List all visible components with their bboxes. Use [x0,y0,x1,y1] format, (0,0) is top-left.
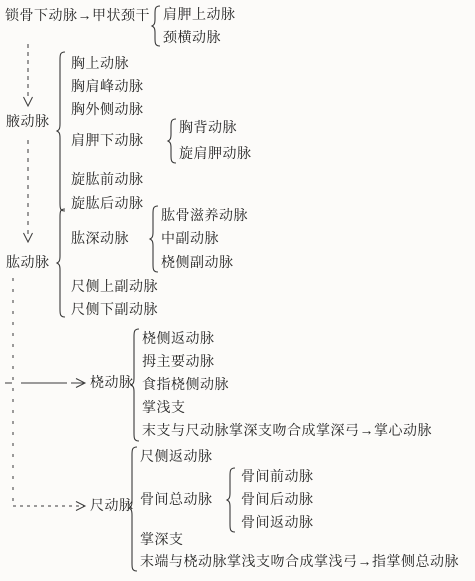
node-radial-recurrent-artery: 桡侧返动脉 [142,331,215,348]
trunk-row: 锁骨下动脉 → 甲状颈干 [5,8,150,25]
brace-interosseous [227,468,235,532]
node-humeral-nutrient-artery: 肱骨滋养动脉 [161,208,248,225]
arrow-down-icon [24,233,33,242]
node-ulnar-artery: 尺动脉 [90,498,134,515]
artery-tree-diagram: 锁骨下动脉 → 甲状颈干 肩胛上动脉 颈横动脉 腋动脉 胸上动脉 胸肩峰动脉 胸… [0,0,475,581]
node-anterior-humeral-circumflex-artery: 旋肱前动脉 [71,172,144,189]
node-thyrocervical-trunk: 甲状颈干 [92,8,150,25]
node-transverse-cervical-artery: 颈横动脉 [163,30,221,47]
node-superficial-palmar-branch: 掌浅支 [142,400,186,417]
node-recurrent-interosseous-artery: 骨间返动脉 [241,515,314,532]
node-posterior-humeral-circumflex-artery: 旋肱后动脉 [71,196,144,213]
node-radial-collateral-artery: 桡侧副动脉 [161,255,234,272]
node-thoracodorsal-artery: 胸背动脉 [179,120,237,137]
node-superior-ulnar-collateral-artery: 尺侧上副动脉 [71,279,158,296]
node-ulnar-terminal-anastomosis: 末端与桡动脉掌浅支吻合成掌浅弓→指掌侧总动脉 [140,554,459,571]
node-brachial-artery: 肱动脉 [6,255,50,272]
node-deep-brachial-artery: 肱深动脉 [71,231,129,248]
node-radial-artery: 桡动脉 [90,375,134,392]
node-middle-collateral-artery: 中副动脉 [161,231,219,248]
brace-thyrocervical [152,6,160,46]
brace-deep-brachial [150,206,158,272]
brace-axillary [57,52,65,211]
node-axillary-artery: 腋动脉 [6,114,50,131]
node-subclavian-artery: 锁骨下动脉 [5,8,78,25]
node-suprascapular-artery: 肩胛上动脉 [163,7,236,24]
flow-arrow-icon: → [78,8,93,25]
brace-brachial [57,209,65,317]
node-inferior-ulnar-collateral-artery: 尺侧下副动脉 [71,302,158,319]
node-posterior-interosseous-artery: 骨间后动脉 [241,492,314,509]
arrow-down-icon [24,97,33,106]
node-radialis-indicis-artery: 食指桡侧动脉 [142,377,229,394]
node-princeps-pollicis-artery: 拇主要动脉 [142,354,215,371]
node-subscapular-artery: 肩胛下动脉 [71,133,144,150]
node-thoracoacromial-artery: 胸肩峰动脉 [71,79,144,96]
brace-subscapular [168,119,176,163]
node-superior-thoracic-artery: 胸上动脉 [71,56,129,73]
node-circumflex-scapular-artery: 旋肩胛动脉 [179,146,252,163]
node-ulnar-recurrent-artery: 尺侧返动脉 [140,449,213,466]
node-common-interosseous-artery: 骨间总动脉 [140,492,213,509]
node-radial-terminal-anastomosis: 末支与尺动脉掌深支吻合成掌深弓→掌心动脉 [142,423,432,440]
node-lateral-thoracic-artery: 胸外侧动脉 [71,102,144,119]
node-anterior-interosseous-artery: 骨间前动脉 [241,469,314,486]
node-deep-palmar-branch: 掌深支 [140,532,184,549]
